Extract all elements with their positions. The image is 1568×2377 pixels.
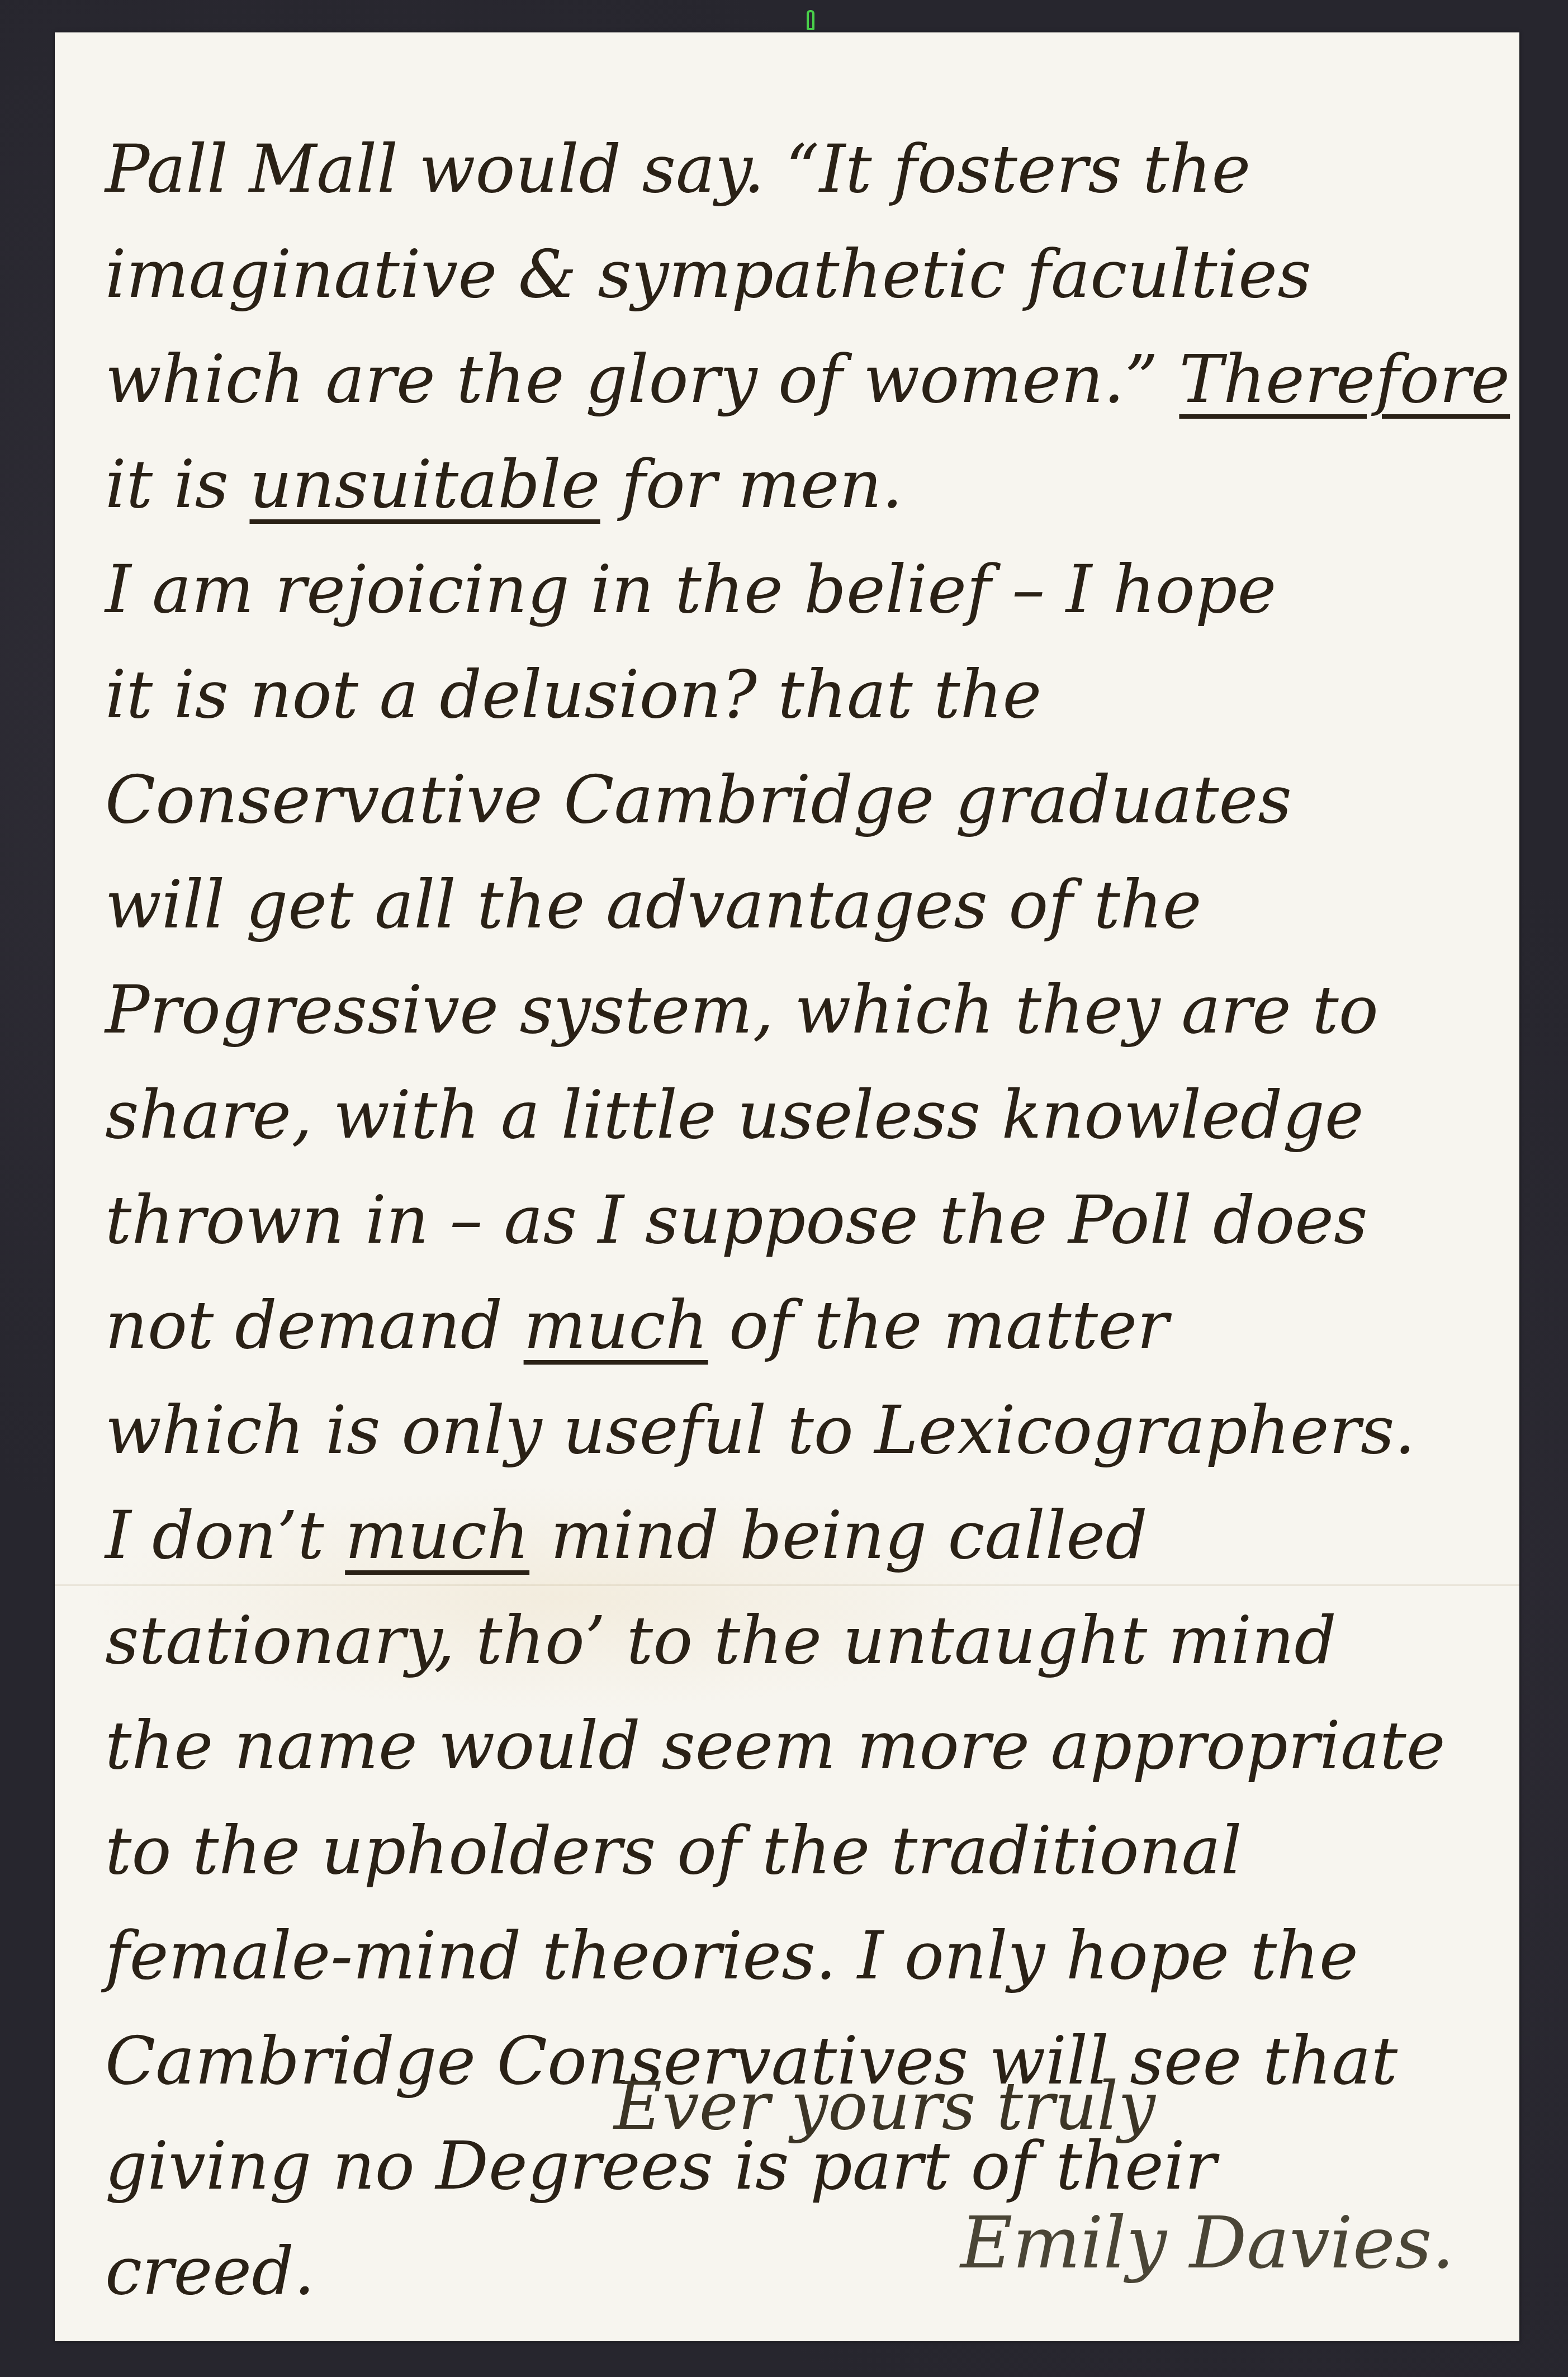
letter-line: Pall Mall would say. “It fosters the bbox=[105, 116, 1469, 221]
letter-line: not demand much of the matter bbox=[105, 1272, 1469, 1377]
letter-line: will get all the advantages of the bbox=[105, 852, 1469, 957]
letter-line: the name would seem more appropriate bbox=[105, 1693, 1469, 1798]
letter-sheet: Pall Mall would say. “It fosters the ima… bbox=[55, 32, 1519, 2341]
letter-line: which are the glory of women.” Therefore bbox=[105, 326, 1469, 432]
underlined-word: much bbox=[345, 1497, 529, 1574]
letter-closing: Ever yours truly bbox=[614, 2067, 1155, 2144]
letter-line: Conservative Cambridge graduates bbox=[105, 747, 1469, 852]
underlined-word: much bbox=[524, 1286, 708, 1363]
green-page-marker bbox=[807, 10, 814, 30]
letter-line: share, with a little useless knowledge bbox=[105, 1062, 1469, 1167]
letter-line: female-mind theories. I only hope the bbox=[105, 1903, 1469, 2008]
letter-signature: Emily Davies. bbox=[960, 2201, 1455, 2285]
underlined-word: unsuitable bbox=[249, 446, 600, 523]
letter-line: which is only useful to Lexicographers. bbox=[105, 1377, 1469, 1483]
letter-line: it is not a delusion? that the bbox=[105, 642, 1469, 747]
letter-line: Progressive system, which they are to bbox=[105, 957, 1469, 1062]
letter-line: it is unsuitable for men. bbox=[105, 432, 1469, 537]
letter-body: Pall Mall would say. “It fosters the ima… bbox=[105, 116, 1469, 2323]
letter-line: imaginative & sympathetic faculties bbox=[105, 221, 1469, 326]
letter-line: thrown in – as I suppose the Poll does bbox=[105, 1167, 1469, 1272]
underlined-word: Therefore bbox=[1179, 340, 1510, 418]
letter-line: stationary, tho’ to the untaught mind bbox=[105, 1588, 1469, 1693]
letter-line: I don’t much mind being called bbox=[105, 1483, 1469, 1588]
letter-line: to the upholders of the traditional bbox=[105, 1798, 1469, 1903]
letter-line: I am rejoicing in the belief – I hope bbox=[105, 537, 1469, 642]
